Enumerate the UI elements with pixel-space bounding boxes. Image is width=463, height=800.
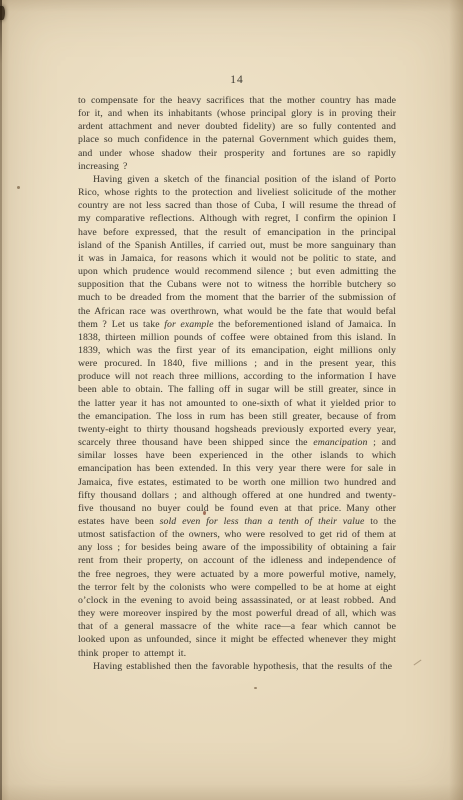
scratch-mark [414, 660, 422, 666]
ink-speck [254, 687, 257, 689]
binding-mark [0, 6, 5, 20]
text-run: the beforementioned island of Jamaica. I… [78, 319, 396, 448]
ink-speck [203, 511, 206, 515]
italic-text-run: sold even for less than a tenth of their… [160, 516, 365, 527]
page-left-edge [0, 0, 2, 800]
paragraph: Having established then the favorable hy… [78, 660, 396, 673]
text-run: ; and similar losses have been experienc… [78, 437, 396, 527]
page-number: 14 [78, 74, 396, 86]
ink-speck [17, 186, 20, 189]
italic-text-run: emancipation [313, 437, 367, 448]
italic-text-run: for example [164, 319, 213, 330]
page-text: to compensate for the heavy sacrifices t… [78, 94, 396, 673]
text-run: Having given a sketch of the financial p… [78, 174, 396, 330]
paragraph: to compensate for the heavy sacrifices t… [78, 94, 396, 173]
text-run: Having established then the favorable hy… [93, 661, 392, 672]
text-run: to the utmost satisfaction of the owners… [78, 516, 396, 659]
book-page: 14 to compensate for the heavy sacrifice… [0, 0, 463, 800]
paragraph: Having given a sketch of the financial p… [78, 173, 396, 660]
text-run: to compensate for the heavy sacrifices t… [78, 95, 396, 172]
